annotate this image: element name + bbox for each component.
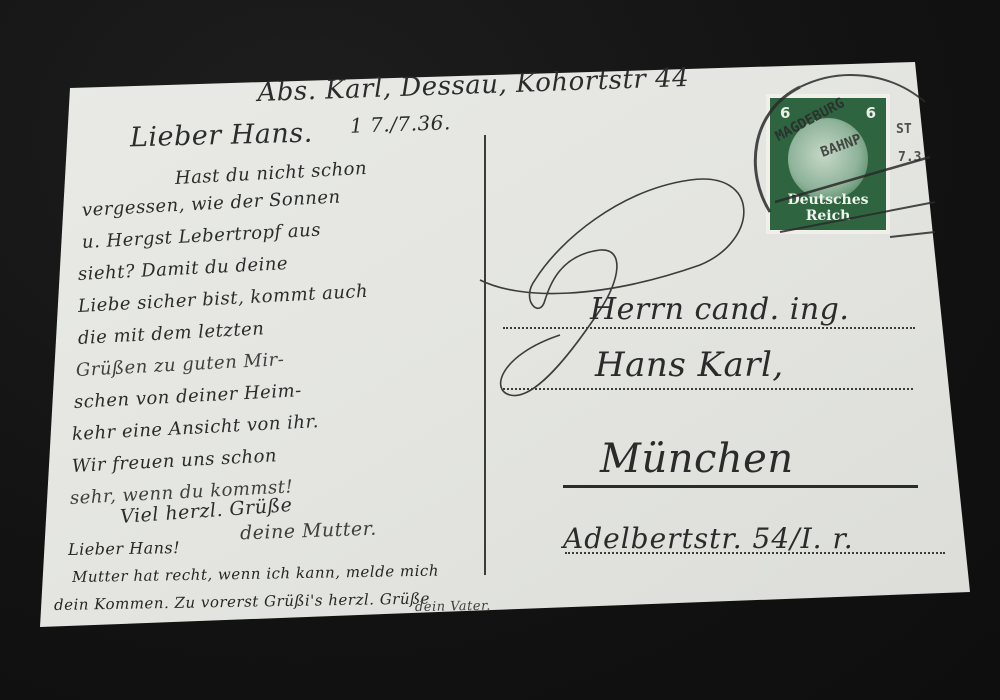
postmark-text-date: 7.3	[898, 150, 921, 165]
address-city-underline	[563, 485, 918, 488]
postmark-text-st: ST	[896, 122, 912, 137]
address-city: München	[600, 436, 794, 482]
address-line-2: Hans Karl,	[595, 345, 784, 385]
postscript-signature: dein Vater.	[415, 599, 491, 615]
postcard: Abs. Karl, Dessau, Kohortstr 44 Lieber H…	[0, 0, 1000, 700]
address-line-1: Herrn cand. ing.	[590, 292, 849, 327]
postscript-salutation: Lieber Hans!	[68, 538, 180, 559]
greeting: Lieber Hans.	[130, 118, 314, 154]
address-dotted-rule-1	[503, 327, 915, 329]
address-dotted-rule-2	[503, 388, 913, 390]
date: 1 7./7.36.	[350, 110, 452, 138]
address-dotted-rule-3	[565, 552, 945, 554]
message-address-divider	[484, 135, 486, 575]
address-street: Adelbertstr. 54/I. r.	[563, 522, 854, 555]
